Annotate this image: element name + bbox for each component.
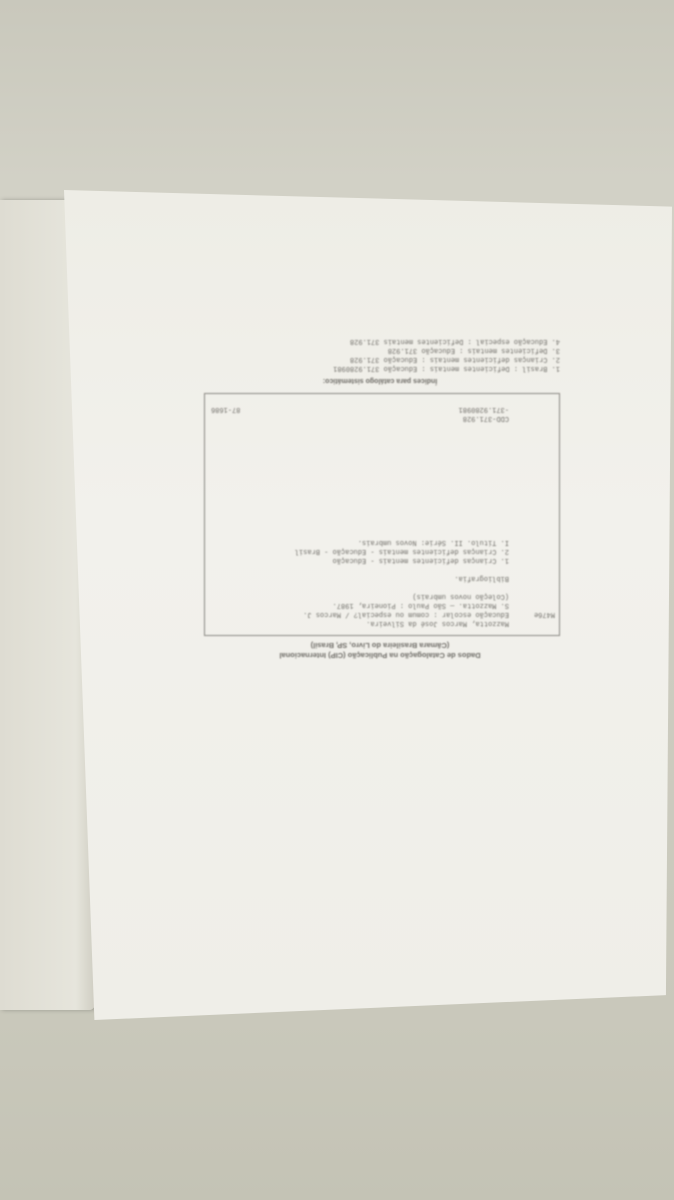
cdd-1: CDD-371.928 [459, 413, 509, 422]
card-line: Mazzotta, Marcos José da Silveira. [215, 618, 509, 627]
cip-header-line1: Dados de Catalogação na Publicação (CIP)… [190, 650, 570, 660]
card-line: 2. Crianças deficientes mentais - Educaç… [215, 546, 509, 555]
card-line [215, 564, 509, 573]
index-list: 1. Brasil : Deficientes mentais : Educaç… [190, 336, 560, 372]
card-line: Bibliografia. [215, 573, 509, 582]
cip-block: Dados de Catalogação na Publicação (CIP)… [190, 260, 570, 660]
catalog-card: M476e Mazzotta, Marcos José da Silveira.… [204, 393, 560, 636]
index-item: 1. Brasil : Deficientes mentais : Educaç… [190, 363, 560, 372]
index-item: 2. Crianças deficientes mentais : Educaç… [190, 354, 560, 363]
index-item: 3. Deficientes mentais : Educação 371.92… [190, 345, 560, 354]
card-line: Educação escolar : comum ou especial? / … [215, 609, 509, 618]
card-line: S. Mazzotta. — São Paulo : Pioneira, 198… [215, 600, 509, 609]
cdd-2: -371.9280981 [459, 404, 509, 413]
call-number: M476e [534, 609, 555, 618]
card-lines: Mazzotta, Marcos José da Silveira.Educaç… [215, 537, 509, 627]
card-number: 87-1686 [211, 404, 240, 413]
cip-header-line2: (Câmara Brasileira do Livro, SP, Brasil) [190, 640, 570, 650]
index-title: Índices para catálogo sistemático: [190, 376, 570, 385]
cip-header: Dados de Catalogação na Publicação (CIP)… [190, 640, 570, 660]
card-line: (Coleção novos umbrais) [215, 591, 509, 600]
card-line [215, 582, 509, 591]
index-item: 4. Educação especial : Deficientes menta… [190, 336, 560, 345]
card-line: I. Título. II. Série: Novos umbrais. [215, 537, 509, 546]
card-line: 1. Crianças deficientes mentais - Educaç… [215, 555, 509, 564]
cdd: CDD-371.928 -371.9280981 [459, 404, 509, 422]
